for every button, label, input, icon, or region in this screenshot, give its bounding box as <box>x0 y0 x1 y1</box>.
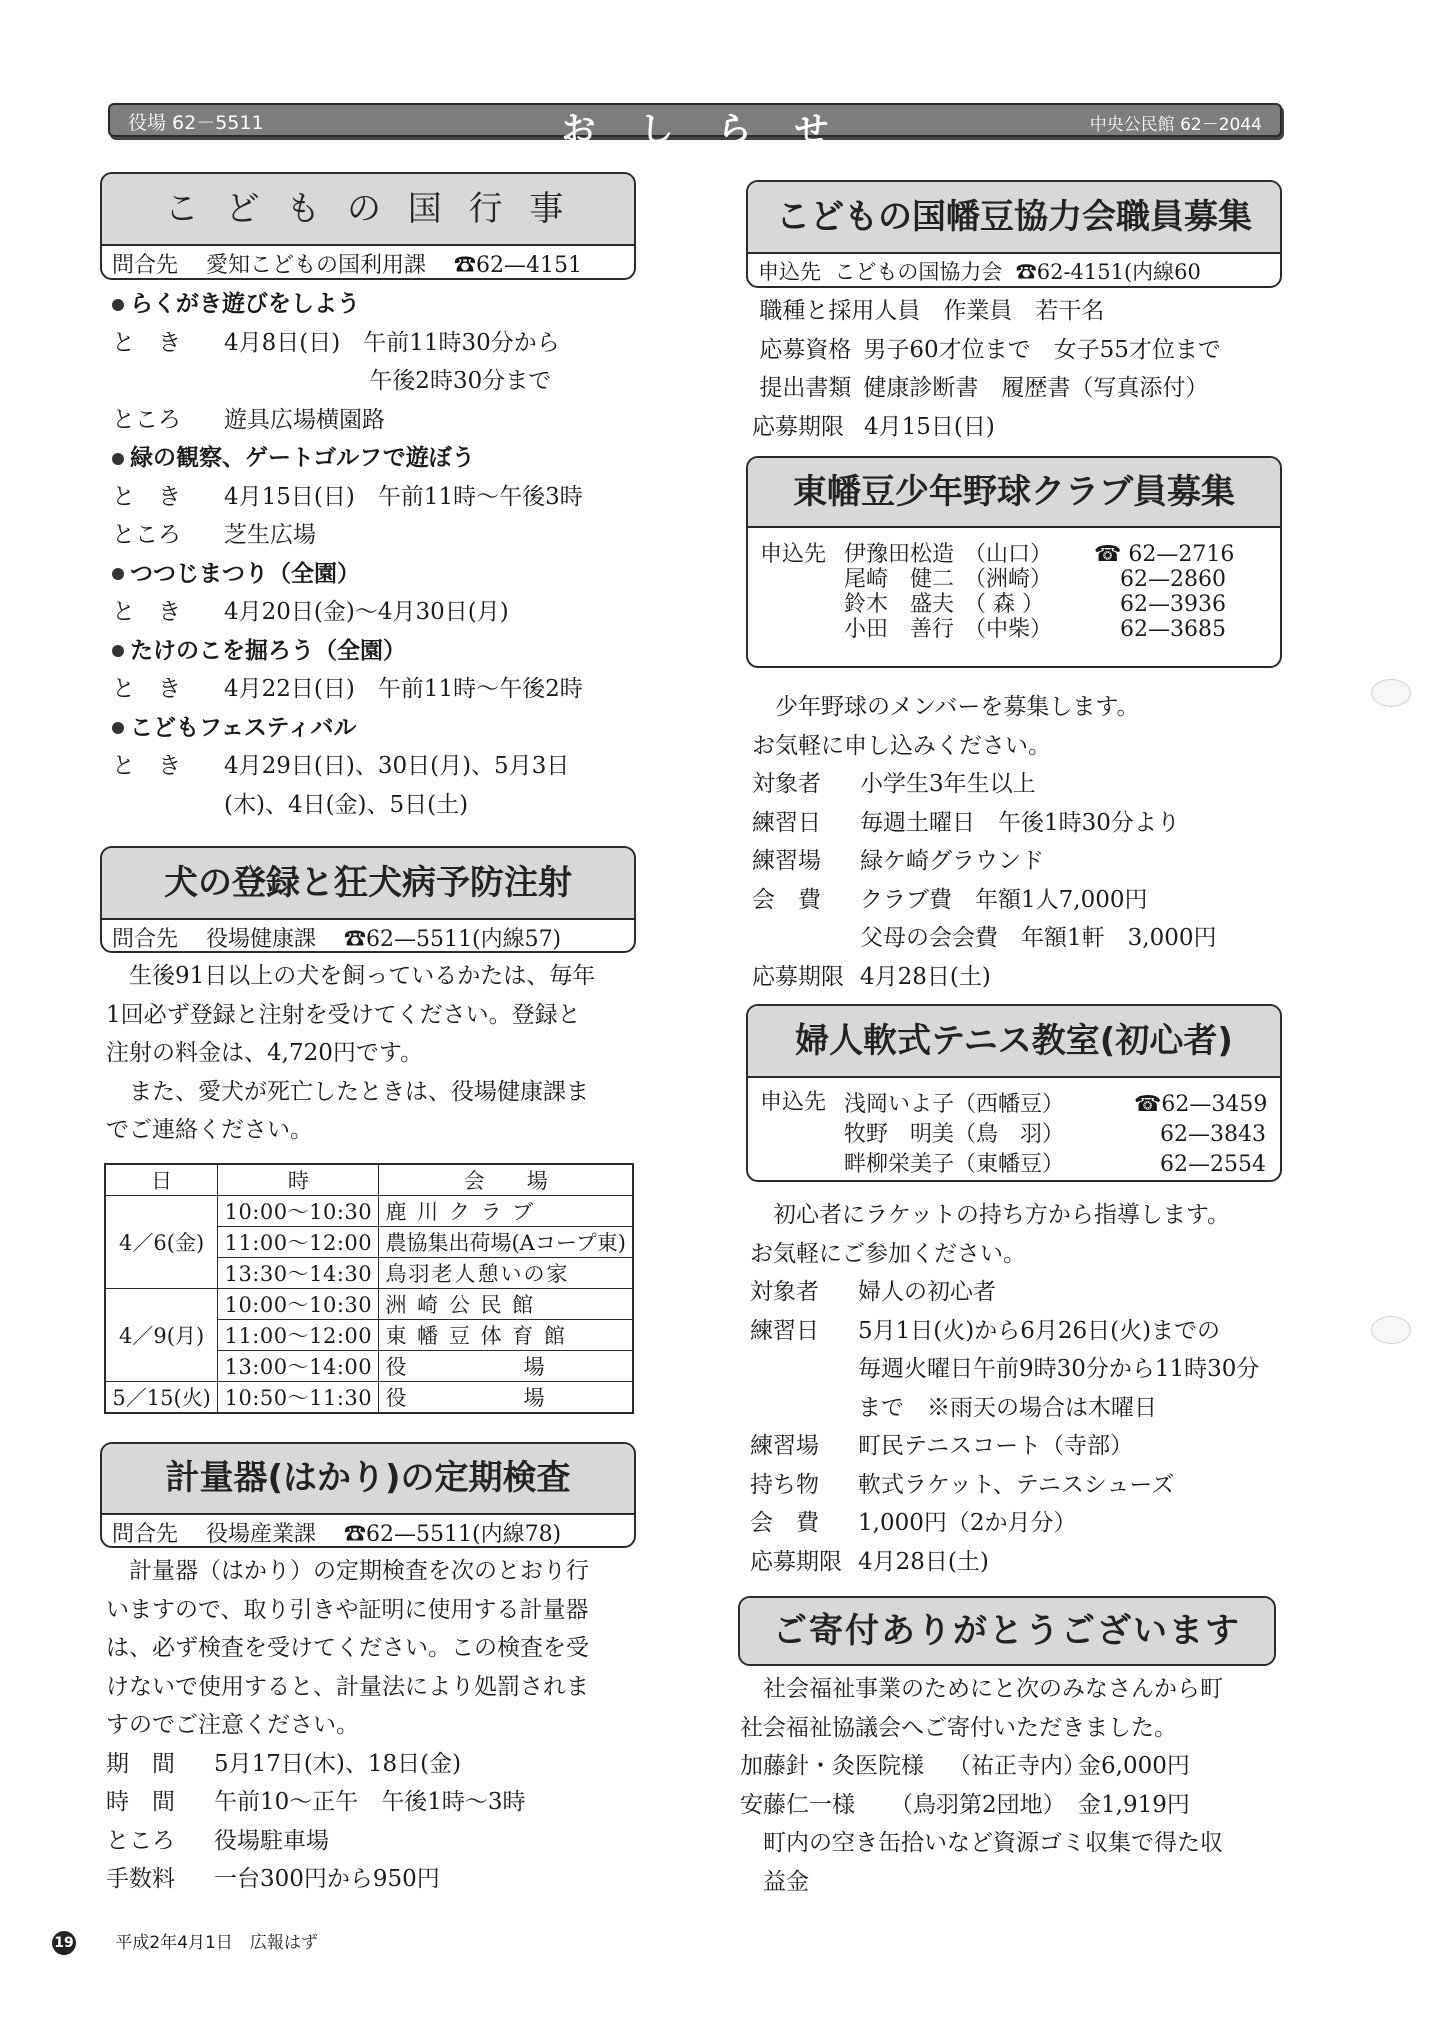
contact-phone: ☎62-4151(内線60 <box>1016 260 1201 284</box>
contact-org: 愛知こどもの国利用課 <box>206 253 426 278</box>
contact-phone: ☎62—4151 <box>454 253 582 278</box>
contact-list: 申込先 浅岡いよ子（西幡豆）☎62—3459 牧野 明美（鳥 羽）62—3843… <box>748 1076 1280 1182</box>
contact-org: こどもの国協力会 <box>834 260 1002 284</box>
event-line: ところ遊具広場横園路 <box>112 401 583 440</box>
section-title: ご寄付ありがとうございます <box>740 1598 1274 1664</box>
section-donation-header: ご寄付ありがとうございます <box>738 1596 1276 1666</box>
detail-line: 職種と採用人員 作業員 若干名 <box>752 292 1221 331</box>
bullet-icon <box>112 568 124 580</box>
section-title: 婦人軟式テニス教室(初心者) <box>748 1006 1280 1076</box>
detail-line: 応募期限4月28日(土) <box>750 1543 1259 1582</box>
bullet-icon <box>112 645 124 657</box>
contact-label: 申込先 <box>760 542 844 642</box>
contact-label: 申込先 <box>760 1090 844 1180</box>
punch-hole-icon <box>1371 679 1411 707</box>
scale-description: 計量器（はかり）の定期検査を次のとおり行 いますので、取り引きや証明に使用する計… <box>106 1552 589 1899</box>
bullet-icon <box>112 453 124 465</box>
contact-row: 問合先 役場産業課 ☎62—5511(内線78) <box>102 1513 634 1548</box>
donation-description: 社会福祉事業のためにと次のみなさんから町 社会福祉協議会へご寄付いただきました。… <box>740 1670 1223 1901</box>
detail-line: 会 費1,000円（2か月分） <box>750 1504 1259 1543</box>
detail-line: 対象者小学生3年生以上 <box>752 765 1216 804</box>
section-title: 東幡豆少年野球クラブ員募集 <box>748 458 1280 526</box>
staff-recruit-details: 職種と採用人員 作業員 若干名 応募資格男子60才位まで 女子55才位まで 提出… <box>752 292 1221 446</box>
page-number: 19 <box>52 1931 76 1955</box>
contact-org: 役場産業課 <box>206 1522 316 1547</box>
contact-item: 畔柳栄美子（東幡豆）62—2554 <box>844 1150 1268 1180</box>
contact-label: 申込先 <box>758 260 821 284</box>
phone-number: ☎62—3459 <box>1134 1090 1268 1120</box>
detail-line: まで ※雨天の場合は木曜日 <box>750 1389 1259 1428</box>
section-tennis-header: 婦人軟式テニス教室(初心者) 申込先 浅岡いよ子（西幡豆）☎62—3459 牧野… <box>746 1004 1282 1182</box>
tennis-description: 初心者にラケットの持ち方から指導します。 お気軽にご参加ください。 対象者婦人の… <box>750 1196 1259 1581</box>
table-header-row: 日 時 会 場 <box>105 1164 633 1196</box>
event-line: 午後2時30分まで <box>112 362 583 401</box>
event-line: と き4月15日(日) 午前11時～午後3時 <box>112 478 583 517</box>
contact-phone: ☎62—5511(内線78) <box>344 1522 561 1547</box>
contact-row: 問合先 愛知こどもの国利用課 ☎62—4151 <box>102 244 634 280</box>
contact-phone: ☎62—5511(内線57) <box>344 927 561 952</box>
contact-rows: 浅岡いよ子（西幡豆）☎62—3459 牧野 明美（鳥 羽）62—3843 畔柳栄… <box>844 1090 1268 1180</box>
section-title: こどもの国幡豆協力会職員募集 <box>748 182 1280 252</box>
phone-number: 62—3936 <box>1064 592 1268 617</box>
vaccination-schedule-table: 日 時 会 場 4／6(金) 10:00～10:30 鹿 川 ク ラ ブ 11:… <box>104 1163 634 1414</box>
phone-number: 62—3685 <box>1064 617 1268 642</box>
section-dog-registration-header: 犬の登録と狂犬病予防注射 問合先 役場健康課 ☎62—5511(内線57) <box>100 846 636 953</box>
bullet-icon <box>112 722 124 734</box>
detail-line: ところ役場駐車場 <box>106 1822 589 1861</box>
bullet-icon <box>112 299 124 311</box>
event-line: (木)、4日(金)、5日(土) <box>112 786 583 825</box>
detail-line: 応募資格男子60才位まで 女子55才位まで <box>752 331 1221 370</box>
contact-list: 申込先 伊豫田松造（山口）☎ 62—2716 尾崎 健二（洲崎）62—2860 … <box>748 526 1280 652</box>
donor-line: 加藤針・灸医院様（祐正寺内）金6,000円 <box>740 1747 1223 1786</box>
section-title: こ ど も の 国 行 事 <box>102 174 634 244</box>
contact-label: 問合先 <box>112 927 178 952</box>
section-staff-recruit-header: こどもの国幡豆協力会職員募集 申込先 こどもの国協力会 ☎62-4151(内線6… <box>746 180 1282 288</box>
section-title: 犬の登録と狂犬病予防注射 <box>102 848 634 918</box>
event-heading: 緑の観察、ゲートゴルフで遊ぼう <box>112 439 583 478</box>
event-heading: たけのこを掘ろう（全園） <box>112 632 583 671</box>
event-heading: つつじまつり（全園） <box>112 555 583 594</box>
section-scale-inspection-header: 計量器(はかり)の定期検査 問合先 役場産業課 ☎62—5511(内線78) <box>100 1442 636 1548</box>
event-line: ところ芝生広場 <box>112 516 583 555</box>
detail-line: 応募期限4月15日(日) <box>752 408 1221 447</box>
detail-line: 提出書類健康診断書 履歴書（写真添付） <box>752 369 1221 408</box>
detail-line: 毎週火曜日午前9時30分から11時30分 <box>750 1350 1259 1389</box>
detail-line: 持ち物軟式ラケット、テニスシューズ <box>750 1466 1259 1505</box>
header-bar: 役場 62－5511 おしらせ 中央公民館 62－2044 <box>108 103 1282 137</box>
detail-line: 練習場町民テニスコート（寺部） <box>750 1427 1259 1466</box>
baseball-description: 少年野球のメンバーを募集します。 お気軽に申し込みください。 対象者小学生3年生… <box>752 688 1216 996</box>
event-heading: らくがき遊びをしよう <box>112 285 583 324</box>
contact-label: 問合先 <box>112 1522 178 1547</box>
contact-rows: 伊豫田松造（山口）☎ 62—2716 尾崎 健二（洲崎）62—2860 鈴木 盛… <box>844 542 1268 642</box>
detail-line: 練習日5月1日(火)から6月26日(火)までの <box>750 1312 1259 1351</box>
detail-line: 時 間午前10～正午 午後1時～3時 <box>106 1783 589 1822</box>
contact-row: 問合先 役場健康課 ☎62—5511(内線57) <box>102 918 634 953</box>
event-line: と き4月22日(日) 午前11時～午後2時 <box>112 670 583 709</box>
contact-item: 鈴木 盛夫（ 森 ）62—3936 <box>844 592 1268 617</box>
detail-line: 練習日毎週土曜日 午後1時30分より <box>752 804 1216 843</box>
section-title: 計量器(はかり)の定期検査 <box>102 1444 634 1513</box>
detail-line: 手数料一台300円から950円 <box>106 1860 589 1899</box>
event-line: と き4月29日(日)、30日(月)、5月3日 <box>112 747 583 786</box>
contact-label: 問合先 <box>112 253 178 278</box>
detail-line: 練習場緑ケ崎グラウンド <box>752 842 1216 881</box>
section-kodomo-events-header: こ ど も の 国 行 事 問合先 愛知こどもの国利用課 ☎62—4151 <box>100 172 636 280</box>
contact-row: 申込先 こどもの国協力会 ☎62-4151(内線60 <box>748 252 1280 288</box>
issue-info: 平成2年4月1日 広報はず <box>115 1933 317 1953</box>
event-heading: こどもフェスティバル <box>112 709 583 748</box>
table-row: 5／15(火) 10:50～11:30 役 場 <box>105 1382 633 1414</box>
table-row: 4／9(月) 10:00～10:30 洲 崎 公 民 館 <box>105 1289 633 1320</box>
contact-item: 牧野 明美（鳥 羽）62—3843 <box>844 1120 1268 1150</box>
detail-line: 会 費クラブ費 年額1人7,000円 <box>752 881 1216 920</box>
contact-item: 小田 善行（中柴）62—3685 <box>844 617 1268 642</box>
footer: 19 平成2年4月1日 広報はず <box>52 1928 318 1955</box>
event-line: と き4月8日(日) 午前11時30分から <box>112 324 583 363</box>
contact-org: 役場健康課 <box>206 927 316 952</box>
community-center-phone: 中央公民館 62－2044 <box>1090 110 1262 135</box>
dog-description: 生後91日以上の犬を飼っているかたは、毎年 1回必ず登録と注射を受けてください。… <box>106 957 595 1150</box>
contact-item: 伊豫田松造（山口）☎ 62—2716 <box>844 542 1268 567</box>
punch-hole-icon <box>1371 1316 1411 1344</box>
section-baseball-header: 東幡豆少年野球クラブ員募集 申込先 伊豫田松造（山口）☎ 62—2716 尾崎 … <box>746 456 1282 668</box>
contact-item: 尾崎 健二（洲崎）62—2860 <box>844 567 1268 592</box>
kodomo-events-list: らくがき遊びをしよう と き4月8日(日) 午前11時30分から 午後2時30分… <box>112 285 583 824</box>
phone-number: 62—2554 <box>1134 1150 1268 1180</box>
phone-number: 62—2860 <box>1064 567 1268 592</box>
detail-line: 期 間5月17日(木)、18日(金) <box>106 1745 589 1784</box>
donor-line: 安藤仁一様（鳥羽第2団地）金1,919円 <box>740 1786 1223 1825</box>
detail-line: 応募期限4月28日(土) <box>752 958 1216 997</box>
table-row: 4／6(金) 10:00～10:30 鹿 川 ク ラ ブ <box>105 1196 633 1227</box>
phone-number: 62—3843 <box>1134 1120 1268 1150</box>
contact-item: 浅岡いよ子（西幡豆）☎62—3459 <box>844 1090 1268 1120</box>
phone-number: ☎ 62—2716 <box>1064 542 1268 567</box>
event-line: と き4月20日(金)～4月30日(月) <box>112 593 583 632</box>
detail-line: 対象者婦人の初心者 <box>750 1273 1259 1312</box>
detail-line: 父母の会会費 年額1軒 3,000円 <box>752 919 1216 958</box>
